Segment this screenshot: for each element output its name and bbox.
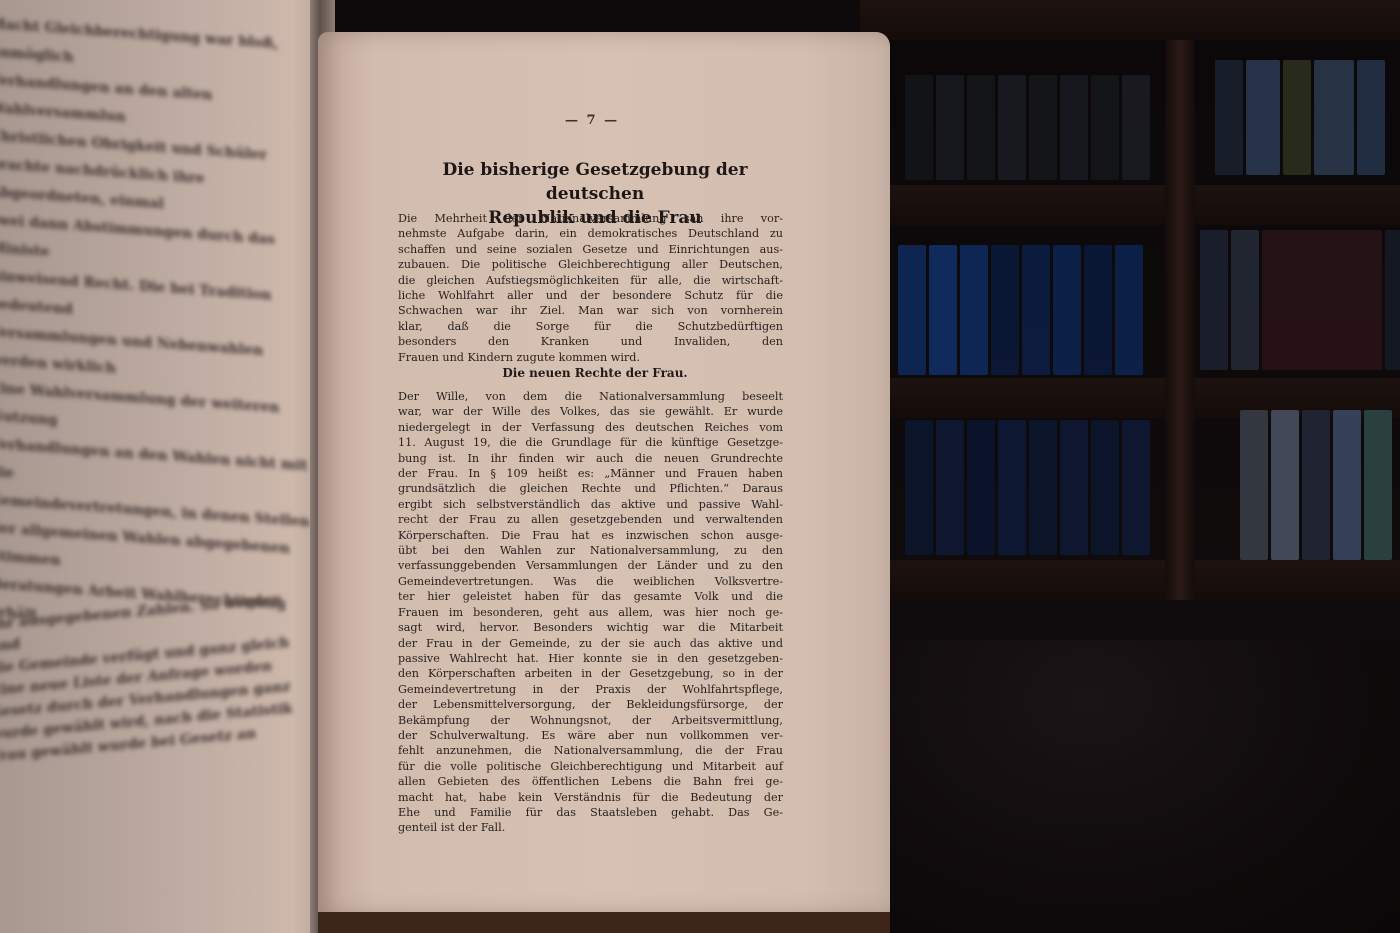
text-line: Schwachen war ihr Ziel. Man war sich von… bbox=[398, 303, 783, 318]
book-spine bbox=[1314, 60, 1354, 175]
text-line: besonders den Kranken und Invaliden, den bbox=[398, 334, 783, 349]
text-line: Der Wille, von dem die Nationalversammlu… bbox=[398, 389, 783, 404]
left-page-blurred-text-top: Macht Gleichberechtigung war bloß, unmög… bbox=[0, 10, 310, 648]
book-spine bbox=[960, 245, 988, 375]
book-row-middle-left bbox=[898, 245, 1143, 375]
book-spine bbox=[936, 75, 964, 180]
text-line: 11. August 19, die die Grundlage für die… bbox=[398, 435, 783, 450]
text-line: verfassunggebenden Versammlungen der Län… bbox=[398, 558, 783, 573]
book-row-top-right bbox=[1215, 60, 1385, 175]
text-line: allen Gebieten des öffentlichen Lebens d… bbox=[398, 774, 783, 789]
text-line: der Frau. In § 109 heißt es: „Männer und… bbox=[398, 466, 783, 481]
text-line: sagt wird, hervor. Besonders wichtig war… bbox=[398, 620, 783, 635]
book-spine bbox=[1246, 60, 1280, 175]
left-page-blurred-text-bottom: Ihr ausgegebenen Zahlen. So werden und d… bbox=[0, 586, 310, 768]
book-spine bbox=[1029, 420, 1057, 555]
text-line: bung ist. In ihr finden wir auch die neu… bbox=[398, 451, 783, 466]
text-line: nehmste Aufgabe darin, ein demokratische… bbox=[398, 226, 783, 241]
text-line: genteil ist der Fall. bbox=[398, 820, 783, 835]
text-line: grundsätzlich die gleichen Rechte und Pf… bbox=[398, 481, 783, 496]
book-spine bbox=[1283, 60, 1311, 175]
book-spine bbox=[1122, 75, 1150, 180]
book-spine bbox=[929, 245, 957, 375]
shelf-board bbox=[860, 560, 1400, 600]
chapter-title-line-1: Die bisherige Gesetzgebung der deutschen bbox=[405, 158, 785, 206]
book-spine bbox=[1385, 230, 1400, 370]
book-spine bbox=[967, 75, 995, 180]
text-line: Gemeindevertretung in der Praxis der Woh… bbox=[398, 682, 783, 697]
book-spine bbox=[1029, 75, 1057, 180]
book-spine bbox=[1200, 230, 1228, 370]
book-spine bbox=[1091, 420, 1119, 555]
book-spine bbox=[1240, 410, 1268, 560]
section-heading: Die neuen Rechte der Frau. bbox=[495, 366, 695, 380]
book-spine bbox=[1060, 420, 1088, 555]
text-line: übt bei den Wahlen zur Nationalversammlu… bbox=[398, 543, 783, 558]
text-line: war, war der Wille des Volkes, das sie g… bbox=[398, 404, 783, 419]
book-spine bbox=[936, 420, 964, 555]
book-spine bbox=[1060, 75, 1088, 180]
text-line: niedergelegt in der Verfassung des deuts… bbox=[398, 420, 783, 435]
section-paragraph: Der Wille, von dem die Nationalversammlu… bbox=[398, 389, 783, 836]
book-spine bbox=[1262, 230, 1382, 370]
book-spine bbox=[1215, 60, 1243, 175]
text-line: für die volle politische Gleichberechtig… bbox=[398, 759, 783, 774]
text-line: klar, daß die Sorge für die Schutzbedürf… bbox=[398, 319, 783, 334]
book-spine bbox=[1357, 60, 1385, 175]
text-line: fehlt anzunehmen, die Nationalversammlun… bbox=[398, 743, 783, 758]
text-line: der Lebensmittelversorgung, der Bekleidu… bbox=[398, 697, 783, 712]
book-spine bbox=[967, 420, 995, 555]
book-spine bbox=[1231, 230, 1259, 370]
book-spine bbox=[1271, 410, 1299, 560]
book-spine bbox=[1053, 245, 1081, 375]
text-line: Frauen und Kindern zugute kommen wird. bbox=[398, 350, 783, 365]
book-spine bbox=[905, 420, 933, 555]
text-line: den Körperschaften arbeiten in der Geset… bbox=[398, 666, 783, 681]
book-spine bbox=[1302, 410, 1330, 560]
page-number: — 7 — bbox=[565, 113, 619, 128]
text-line: Bekämpfung der Wohnungsnot, der Arbeitsv… bbox=[398, 713, 783, 728]
text-line: liche Wohlfahrt aller und der besondere … bbox=[398, 288, 783, 303]
text-line: ergibt sich selbstverständlich das aktiv… bbox=[398, 497, 783, 512]
text-line: zubauen. Die politische Gleichberechtigu… bbox=[398, 257, 783, 272]
text-line: der Frau in der Gemeinde, zu der sie auc… bbox=[398, 636, 783, 651]
text-line: passive Wahlrecht hat. Hier konnte sie i… bbox=[398, 651, 783, 666]
text-line: schaffen und seine sozialen Gesetze und … bbox=[398, 242, 783, 257]
book-row-lower-left bbox=[905, 420, 1150, 555]
text-line: Körperschaften. Die Frau hat es inzwisch… bbox=[398, 528, 783, 543]
text-line: Die Mehrheit der Nationalversammlung sah… bbox=[398, 211, 783, 226]
book-row-middle-right bbox=[1200, 230, 1400, 370]
book-spine bbox=[1333, 410, 1361, 560]
text-line: Ehe und Familie für das Staatsleben geha… bbox=[398, 805, 783, 820]
book-row-lower-right bbox=[1240, 410, 1392, 560]
text-line: ter hier geleistet haben für das gesamte… bbox=[398, 589, 783, 604]
shelf-post bbox=[1165, 40, 1195, 600]
book-spine bbox=[1022, 245, 1050, 375]
book-spine bbox=[998, 420, 1026, 555]
shelf-board bbox=[860, 0, 1400, 40]
book-cover-edge bbox=[318, 912, 890, 933]
book-spine bbox=[998, 75, 1026, 180]
shelf-board bbox=[860, 185, 1400, 225]
book-row-top-left bbox=[905, 75, 1150, 180]
book-spine bbox=[1364, 410, 1392, 560]
intro-paragraph: Die Mehrheit der Nationalversammlung sah… bbox=[398, 211, 783, 365]
text-line: der Schulverwaltung. Es wäre aber nun vo… bbox=[398, 728, 783, 743]
book-spine bbox=[991, 245, 1019, 375]
text-line: Gemeindevertretungen. Was die weiblichen… bbox=[398, 574, 783, 589]
table-surface bbox=[880, 640, 1400, 933]
text-line: Frauen im besonderen, geht aus allem, wa… bbox=[398, 605, 783, 620]
text-line: die gleichen Aufstiegsmöglichkeiten für … bbox=[398, 273, 783, 288]
text-line: recht der Frau zu allen gesetzgebenden u… bbox=[398, 512, 783, 527]
book-spine bbox=[1084, 245, 1112, 375]
book-spine bbox=[898, 245, 926, 375]
book-spine bbox=[1091, 75, 1119, 180]
book-spine bbox=[1122, 420, 1150, 555]
left-page: Macht Gleichberechtigung war bloß, unmög… bbox=[0, 0, 325, 933]
book-spine bbox=[905, 75, 933, 180]
book-spine bbox=[1115, 245, 1143, 375]
text-line: macht hat, habe kein Verständnis für die… bbox=[398, 790, 783, 805]
